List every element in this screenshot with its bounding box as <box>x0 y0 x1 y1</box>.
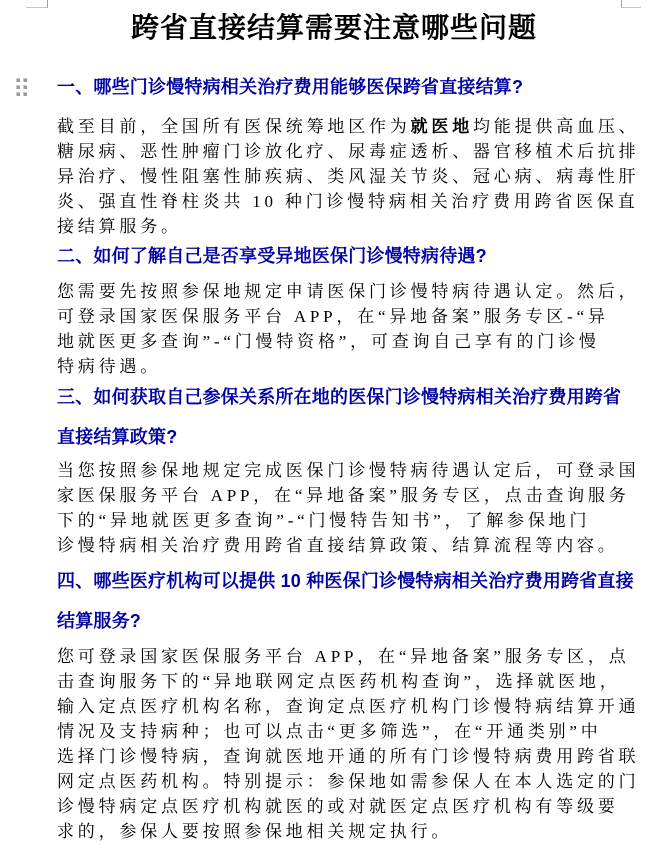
body-line: 地就医更多查询”-“门慢特资格”，可查询自己享有的门诊慢 <box>57 329 627 354</box>
bold-text-run: 就医地 <box>411 117 473 136</box>
body-line: 异治疗、慢性阻塞性肺疾病、类风湿关节炎、冠心病、病毒性肝 <box>57 164 627 189</box>
body-line: 您可登录国家医保服务平台 APP，在“异地备案”服务专区，点 <box>57 644 627 669</box>
body-line: 当您按照参保地规定完成医保门诊慢特病待遇认定后，可登录国 <box>57 458 627 483</box>
heading-line: 三、如何获取自己参保关系所在地的医保门诊慢特病相关治疗费用跨省 <box>57 377 627 417</box>
section-3-paragraph: 当您按照参保地规定完成医保门诊慢特病待遇认定后，可登录国 家医保服务平台 APP… <box>57 458 627 558</box>
section-2-heading: 二、如何了解自己是否享受异地医保门诊慢特病待遇? <box>57 236 627 276</box>
body-line: 诊慢特病定点医疗机构就医的或对就医定点医疗机构有等级要 <box>57 794 627 819</box>
section-4-paragraph: 您可登录国家医保服务平台 APP，在“异地备案”服务专区，点 击查询服务下的“异… <box>57 644 627 844</box>
text-run: 均能提供高血压、 <box>473 117 639 136</box>
body-line: 炎、强直性脊柱炎共 10 种门诊慢特病相关治疗费用跨省医保直 <box>57 189 627 214</box>
body-line: 输入定点医疗机构名称，查询定点医疗机构门诊慢特病结算开通 <box>57 694 627 719</box>
heading-line: 结算服务? <box>57 601 627 641</box>
section-2-paragraph: 您需要先按照参保地规定申请医保门诊慢特病待遇认定。然后， 可登录国家医保服务平台… <box>57 279 627 379</box>
text-run: 截至目前，全国所有医保统筹地区作为 <box>57 117 411 136</box>
body-line: 下的“异地就医更多查询”-“门慢特告知书”，了解参保地门 <box>57 508 627 533</box>
section-1-paragraph: 截至目前，全国所有医保统筹地区作为就医地均能提供高血压、 糖尿病、恶性肿瘤门诊放… <box>57 114 627 239</box>
body-line: 求的，参保人要按照参保地相关规定执行。 <box>57 819 627 844</box>
drag-handle-dot <box>23 92 27 96</box>
drag-handle-icon[interactable] <box>16 78 27 96</box>
drag-handle-dot <box>16 78 20 82</box>
section-4-heading: 四、哪些医疗机构可以提供 10 种医保门诊慢特病相关治疗费用跨省直接 结算服务? <box>57 561 627 641</box>
document-page: 跨省直接结算需要注意哪些问题 一、哪些门诊慢特病相关治疗费用能够医保跨省直接结算… <box>0 0 668 849</box>
body-line: 诊慢特病相关治疗费用跨省直接结算政策、结算流程等内容。 <box>57 533 627 558</box>
section-1-heading: 一、哪些门诊慢特病相关治疗费用能够医保跨省直接结算? <box>57 67 627 107</box>
body-line: 特病待遇。 <box>57 354 627 379</box>
heading-line: 一、哪些门诊慢特病相关治疗费用能够医保跨省直接结算? <box>57 67 627 107</box>
heading-line: 直接结算政策? <box>57 417 627 457</box>
heading-line: 二、如何了解自己是否享受异地医保门诊慢特病待遇? <box>57 236 627 276</box>
body-line: 情况及支持病种；也可以点击“更多筛选”，在“开通类别”中 <box>57 719 627 744</box>
drag-handle-dot <box>16 92 20 96</box>
drag-handle-dot <box>16 85 20 89</box>
drag-handle-dot <box>23 85 27 89</box>
body-line: 击查询服务下的“异地联网定点医药机构查询”，选择就医地， <box>57 669 627 694</box>
body-line: 家医保服务平台 APP，在“异地备案”服务专区，点击查询服务 <box>57 483 627 508</box>
body-line: 糖尿病、恶性肿瘤门诊放化疗、尿毒症透析、器官移植术后抗排 <box>57 139 627 164</box>
drag-handle-dot <box>23 78 27 82</box>
body-line: 截至目前，全国所有医保统筹地区作为就医地均能提供高血压、 <box>57 114 627 139</box>
heading-line: 四、哪些医疗机构可以提供 10 种医保门诊慢特病相关治疗费用跨省直接 <box>57 561 627 601</box>
body-line: 您需要先按照参保地规定申请医保门诊慢特病待遇认定。然后， <box>57 279 627 304</box>
body-line: 选择门诊慢特病，查询就医地开通的所有门诊慢特病费用跨省联 <box>57 744 627 769</box>
body-line: 可登录国家医保服务平台 APP，在“异地备案”服务专区-“异 <box>57 304 627 329</box>
section-3-heading: 三、如何获取自己参保关系所在地的医保门诊慢特病相关治疗费用跨省 直接结算政策? <box>57 377 627 457</box>
body-line: 网定点医药机构。特别提示：参保地如需参保人在本人选定的门 <box>57 769 627 794</box>
document-title: 跨省直接结算需要注意哪些问题 <box>0 6 668 46</box>
